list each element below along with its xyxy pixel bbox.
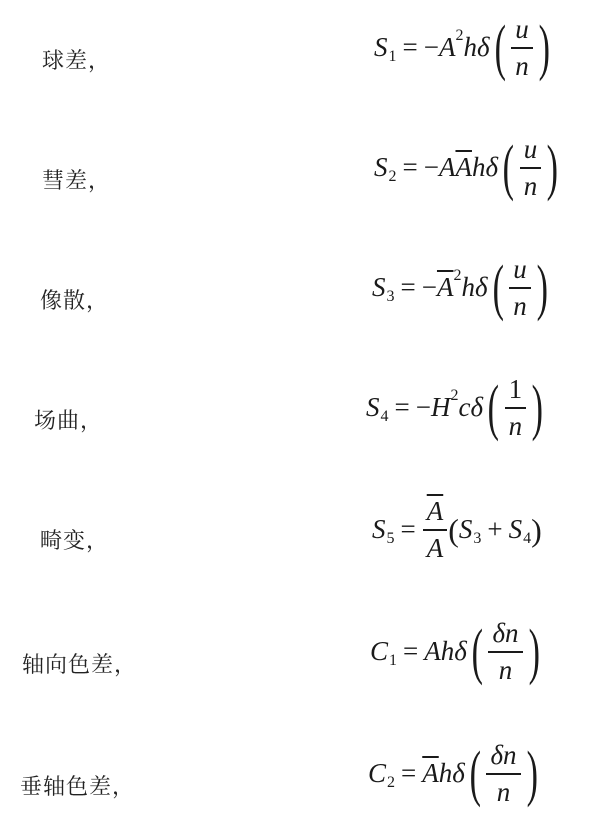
symbol-s: S	[374, 152, 388, 183]
fraction: δnn	[488, 618, 522, 686]
fraction: AA	[423, 496, 448, 564]
equals-sign: =	[401, 272, 416, 303]
formula-s4: S4 = − H2 c δ ( 1n )	[366, 374, 548, 442]
minus-sign: −	[424, 152, 439, 183]
subscript: 3	[387, 288, 395, 306]
fraction-bar	[423, 529, 448, 531]
numerator: u	[520, 134, 542, 165]
equals-sign: =	[401, 758, 416, 789]
symbol-h-capital: H	[431, 392, 451, 423]
close-paren: )	[526, 743, 537, 805]
symbol-h: h	[439, 758, 453, 789]
plus-sign: +	[487, 514, 502, 545]
subscript: 1	[389, 48, 397, 66]
numerator-a-bar: A	[423, 496, 448, 527]
symbol-delta: δ	[477, 32, 490, 63]
symbol-a: A	[424, 636, 441, 667]
fraction-bar	[488, 651, 522, 653]
open-paren: (	[492, 257, 503, 319]
formula-c1: C1 = A h δ ( δnn )	[370, 618, 544, 686]
symbol-h: h	[441, 636, 455, 667]
symbol-c-capital: C	[370, 636, 388, 667]
superscript: 2	[450, 387, 458, 405]
open-paren: (	[471, 621, 482, 683]
symbol-h: h	[463, 32, 477, 63]
formula-row-astigmatism: 像散， S3 = − A2 h δ ( un )	[0, 248, 602, 348]
symbol-h: h	[472, 152, 486, 183]
symbol-delta: δ	[475, 272, 488, 303]
close-paren: )	[531, 514, 542, 546]
equals-sign: =	[403, 636, 418, 667]
minus-sign: −	[422, 272, 437, 303]
symbol-s: S	[374, 32, 388, 63]
subscript: 1	[389, 652, 397, 670]
fraction-bar	[505, 407, 527, 409]
fraction: 1n	[505, 374, 527, 442]
symbol-s: S	[366, 392, 380, 423]
close-paren: )	[532, 377, 543, 439]
label-distortion: 畸变，	[40, 524, 109, 555]
denominator: n	[493, 777, 515, 808]
open-paren: (	[494, 17, 505, 79]
subscript: 2	[389, 168, 397, 186]
subscript: 3	[473, 530, 481, 548]
open-paren: (	[503, 137, 514, 199]
close-paren: )	[538, 17, 549, 79]
denominator-a: A	[423, 533, 448, 564]
label-coma: 彗差，	[42, 164, 111, 195]
equals-sign: =	[401, 514, 416, 545]
formula-row-distortion: 畸变， S5 = AA ( S3 + S4 )	[0, 488, 602, 588]
numerator: 1	[505, 374, 527, 405]
minus-sign: −	[424, 32, 439, 63]
fraction: un	[511, 14, 533, 82]
denominator: n	[505, 411, 527, 442]
symbol-delta: δ	[485, 152, 498, 183]
minus-sign: −	[416, 392, 431, 423]
equals-sign: =	[395, 392, 410, 423]
fraction: un	[520, 134, 542, 202]
formula-row-field-curvature: 场曲， S4 = − H2 c δ ( 1n )	[0, 368, 602, 468]
close-paren: )	[528, 621, 539, 683]
formula-row-axial-chromatic: 轴向色差， C1 = A h δ ( δnn )	[0, 608, 602, 708]
fraction-bar	[511, 47, 533, 49]
numerator: δn	[488, 618, 522, 649]
subscript: 5	[387, 530, 395, 548]
symbol-s: S	[372, 272, 386, 303]
equals-sign: =	[403, 152, 418, 183]
formula-row-spherical: 球差， S1 = − A2 h δ ( un )	[0, 8, 602, 108]
symbol-s: S	[372, 514, 386, 545]
numerator: u	[511, 14, 533, 45]
symbol-a-bar: A	[422, 758, 439, 789]
fraction: δnn	[486, 740, 520, 808]
symbol-delta: δ	[454, 636, 467, 667]
fraction-bar	[509, 287, 531, 289]
symbol-a-bar: A	[437, 272, 454, 303]
label-astigmatism: 像散，	[40, 284, 109, 315]
denominator: n	[495, 655, 517, 686]
symbol-h: h	[461, 272, 475, 303]
label-lateral-chromatic-aberration: 垂轴色差，	[20, 770, 135, 801]
symbol-delta: δ	[452, 758, 465, 789]
symbol-s: S	[509, 514, 523, 545]
formula-s2: S2 = − A A h δ ( un )	[374, 134, 563, 202]
denominator: n	[520, 171, 542, 202]
symbol-c-capital: C	[368, 758, 386, 789]
symbol-a: A	[439, 152, 456, 183]
close-paren: )	[536, 257, 547, 319]
superscript: 2	[453, 267, 461, 285]
open-paren: (	[488, 377, 499, 439]
numerator: u	[509, 254, 531, 285]
numerator: δn	[486, 740, 520, 771]
open-paren: (	[448, 514, 459, 546]
symbol-a: A	[439, 32, 456, 63]
subscript: 2	[387, 774, 395, 792]
subscript: 4	[381, 408, 389, 426]
symbol-c: c	[458, 392, 470, 423]
denominator: n	[509, 291, 531, 322]
superscript: 2	[455, 27, 463, 45]
label-axial-chromatic-aberration: 轴向色差，	[22, 648, 137, 679]
fraction-bar	[486, 773, 520, 775]
fraction-bar	[520, 167, 542, 169]
label-field-curvature: 场曲，	[34, 404, 103, 435]
symbol-a-bar: A	[455, 152, 472, 183]
formula-s1: S1 = − A2 h δ ( un )	[374, 14, 554, 82]
formula-row-lateral-chromatic: 垂轴色差， C2 = A h δ ( δnn )	[0, 728, 602, 828]
symbol-s: S	[459, 514, 473, 545]
equals-sign: =	[403, 32, 418, 63]
denominator: n	[511, 51, 533, 82]
subscript: 4	[523, 530, 531, 548]
formula-s3: S3 = − A2 h δ ( un )	[372, 254, 552, 322]
formula-s5: S5 = AA ( S3 + S4 )	[372, 496, 542, 564]
close-paren: )	[547, 137, 558, 199]
symbol-delta: δ	[470, 392, 483, 423]
formula-c2: C2 = A h δ ( δnn )	[368, 740, 542, 808]
fraction: un	[509, 254, 531, 322]
formula-row-coma: 彗差， S2 = − A A h δ ( un )	[0, 128, 602, 228]
open-paren: (	[469, 743, 480, 805]
label-spherical-aberration: 球差，	[42, 44, 111, 75]
